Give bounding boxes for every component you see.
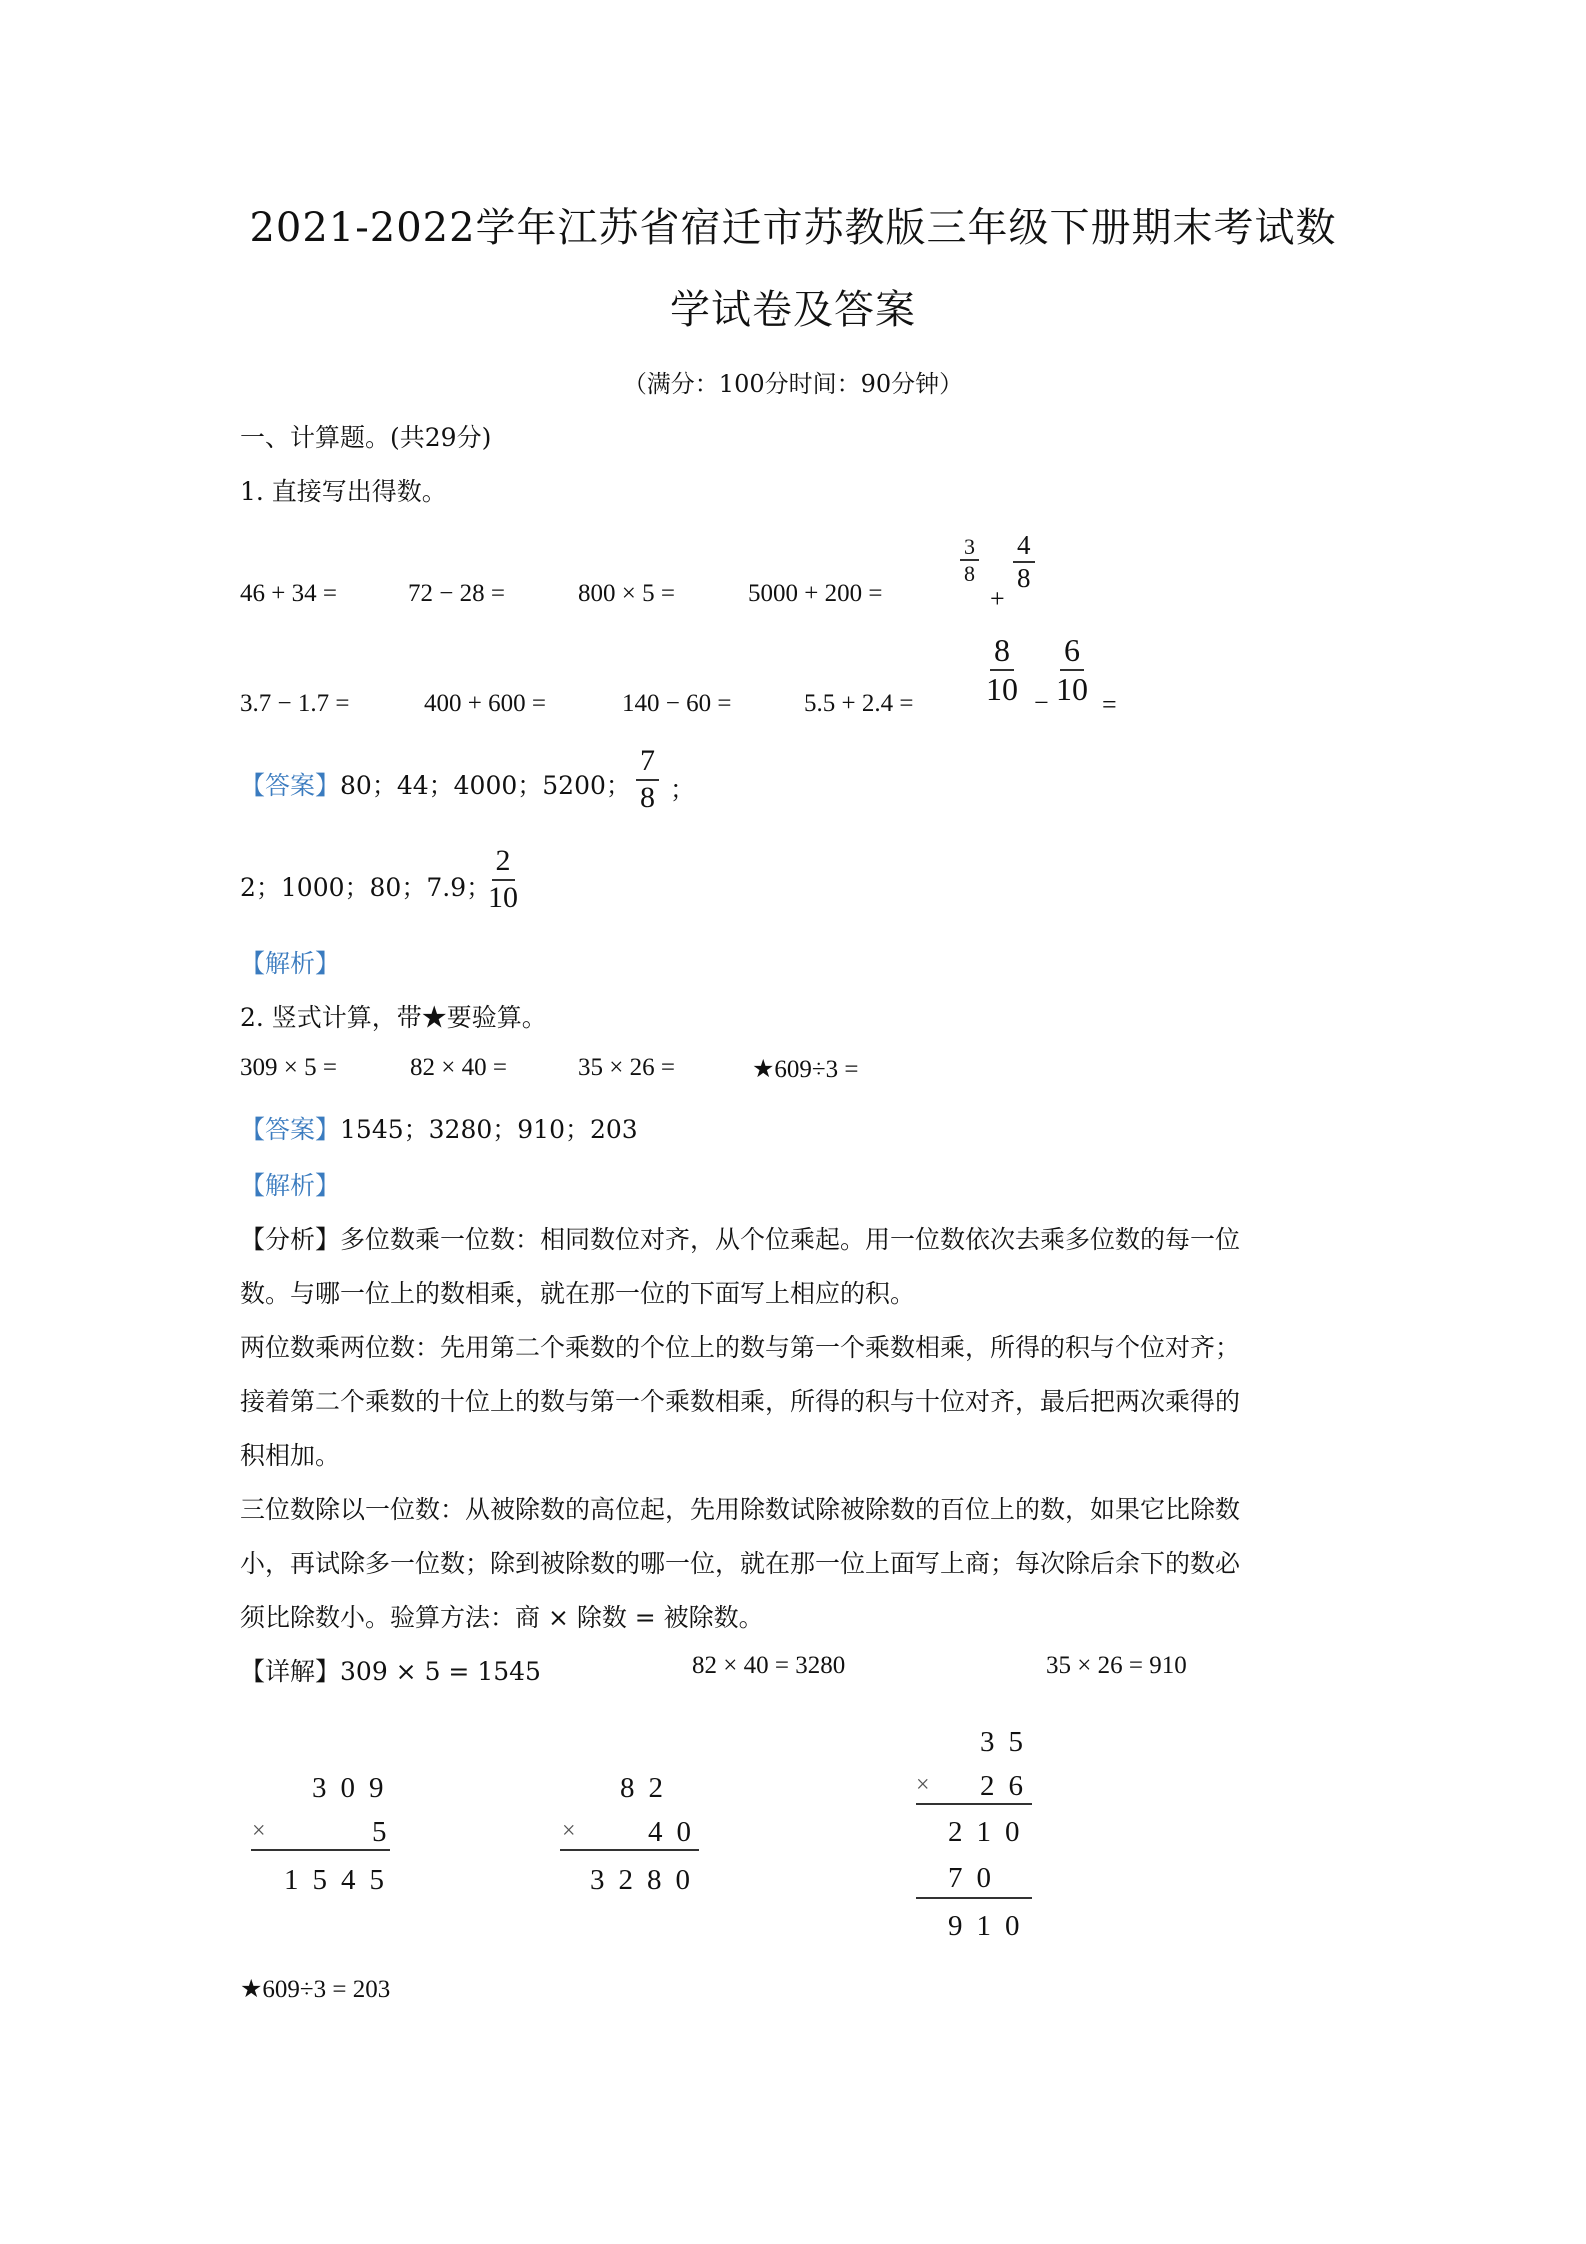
q1-expr: 5.5 + 2.4 = <box>804 690 913 718</box>
q2-expr: 82 × 40 = <box>410 1054 507 1082</box>
question-2-prompt: 2. 竖式计算，带★要验算。 <box>240 998 547 1034</box>
rule <box>916 1803 1032 1805</box>
analysis-text: 小，再试除多一位数；除到被除数的哪一位，就在那一位上面写上商；每次除后余下的数必 <box>240 1544 1240 1580</box>
multiply-sign: × <box>252 1818 266 1845</box>
equals-sign: = <box>1102 690 1117 720</box>
question-1-prompt: 1. 直接写出得数。 <box>240 472 447 508</box>
analysis-text: 接着第二个乘数的十位上的数与第一个乘数相乘，所得的积与十位对齐，最后把两次乘得的 <box>240 1382 1240 1418</box>
division-result: ★609÷3 = 203 <box>240 1974 390 2004</box>
fraction: 3 8 <box>960 534 979 587</box>
multiplier: 40 <box>648 1816 705 1849</box>
analysis-text: 【分析】多位数乘一位数：相同数位对齐，从个位乘起。用一位数依次去乘多位数的每一位 <box>240 1220 1240 1256</box>
q1-expr: 46 + 34 = <box>240 580 337 608</box>
partial-product: 210 <box>948 1816 1034 1849</box>
plus-operator: + <box>990 584 1005 614</box>
detail-expr: 309 × 5 = 1545 <box>340 1657 541 1686</box>
q1-expr: 3.7 − 1.7 = <box>240 690 349 718</box>
answer-line-2: 2；1000；80；7.9； <box>240 868 491 904</box>
document-title-line2: 学试卷及答案 <box>0 278 1586 335</box>
q2-expr: 35 × 26 = <box>578 1054 675 1082</box>
analysis-text: 积相加。 <box>240 1436 340 1472</box>
answer-line: 【答案】1545；3280；910；203 <box>240 1110 638 1146</box>
analysis-text: 须比除数小。验算方法：商 × 除数 = 被除数。 <box>240 1598 764 1634</box>
analysis-label: 【解析】 <box>240 1166 340 1202</box>
analysis-text: 两位数乘两位数：先用第二个乘数的个位上的数与第一个乘数相乘，所得的积与个位对齐； <box>240 1328 1240 1364</box>
answer-label: 【答案】 <box>240 771 340 800</box>
exam-meta: （满分：100分时间：90分钟） <box>0 364 1586 399</box>
section-heading: 一、计算题。(共29分) <box>240 418 491 454</box>
product: 3280 <box>590 1864 704 1897</box>
q1-expr: 800 × 5 = <box>578 580 675 608</box>
multiplier: 26 <box>980 1770 1037 1803</box>
rule <box>916 1897 1032 1899</box>
q1-expr: 400 + 600 = <box>424 690 546 718</box>
answer-fraction: 7 8 <box>636 744 659 815</box>
multiply-sign: × <box>916 1772 930 1799</box>
detail-label: 【详解】 <box>240 1657 340 1686</box>
multiplicand: 82 <box>620 1772 677 1805</box>
multiplier: 5 <box>372 1816 387 1849</box>
q2-expr: ★609÷3 = <box>752 1054 858 1084</box>
q1-expr: 5000 + 200 = <box>748 580 882 608</box>
analysis-text: 数。与哪一位上的数相乘，就在那一位的下面写上相应的积。 <box>240 1274 915 1310</box>
minus-operator: − <box>1034 688 1049 718</box>
rule <box>560 1849 699 1851</box>
detail-line: 【详解】309 × 5 = 1545 <box>240 1652 541 1688</box>
analysis-label: 【解析】 <box>240 944 340 980</box>
product: 910 <box>948 1910 1034 1943</box>
answer-values: 80；44；4000；5200； <box>340 771 631 800</box>
partial-product: 70 <box>948 1862 1005 1895</box>
fraction: 8 10 <box>986 632 1018 708</box>
detail-expr: 82 × 40 = 3280 <box>692 1652 845 1680</box>
rule <box>251 1849 390 1851</box>
multiplicand: 35 <box>980 1726 1037 1759</box>
answer-label: 【答案】 <box>240 1115 340 1144</box>
document-title-line1: 2021-2022学年江苏省宿迁市苏教版三年级下册期末考试数 <box>0 196 1586 253</box>
multiply-sign: × <box>562 1818 576 1845</box>
q1-expr: 72 − 28 = <box>408 580 505 608</box>
answer-separator: ； <box>670 770 695 806</box>
product: 1545 <box>284 1864 398 1897</box>
analysis-text: 三位数除以一位数：从被除数的高位起，先用除数试除被除数的百位上的数，如果它比除数 <box>240 1490 1240 1526</box>
multiplicand: 309 <box>312 1772 398 1805</box>
q2-expr: 309 × 5 = <box>240 1054 337 1082</box>
fraction: 4 8 <box>1013 530 1035 594</box>
q1-expr: 140 − 60 = <box>622 690 731 718</box>
answer-values: 1545；3280；910；203 <box>340 1115 638 1144</box>
fraction: 6 10 <box>1056 632 1088 708</box>
detail-expr: 35 × 26 = 910 <box>1046 1652 1187 1680</box>
answer-line: 【答案】80；44；4000；5200； <box>240 766 631 802</box>
answer-fraction: 2 10 <box>488 844 518 915</box>
